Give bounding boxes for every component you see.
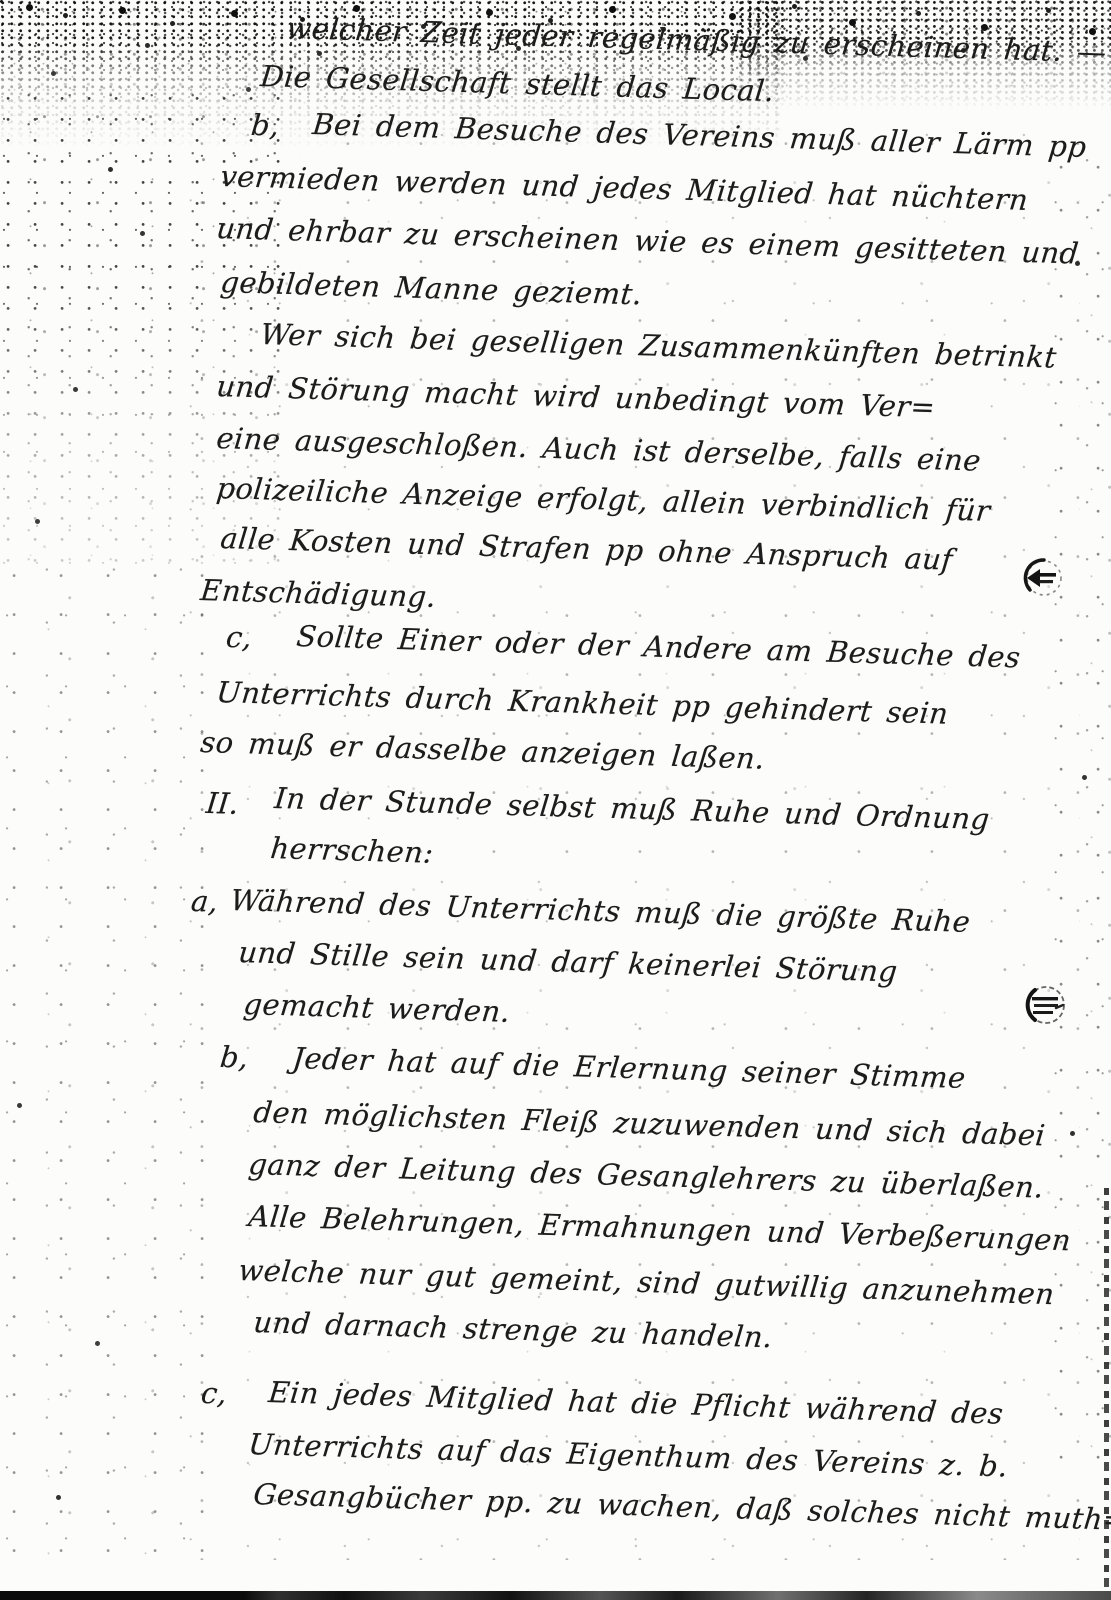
- section-marker-b2: b,: [219, 1040, 250, 1075]
- manuscript-line: Ein jedes Mitglied hat die Pflicht währe…: [267, 1378, 1005, 1429]
- manuscript-line: welche nur gut gemeint, sind gutwillig a…: [237, 1256, 1056, 1309]
- section-marker-c1: c,: [225, 620, 254, 655]
- manuscript-line: Jeder hat auf die Erlernung seiner Stimm…: [291, 1044, 967, 1093]
- section-marker-II: II.: [205, 786, 241, 821]
- manuscript-line: und Störung macht wird unbedingt vom Ver…: [215, 372, 937, 422]
- manuscript-line: Die Gesellschaft stellt das Local.: [259, 62, 776, 106]
- manuscript-line: ganz der Leitung des Gesanglehrers zu üb…: [247, 1150, 1045, 1203]
- manuscript-line: gemacht werden.: [242, 990, 512, 1027]
- manuscript-line: Gesangbücher pp. zu wachen, daß solches …: [252, 1480, 1111, 1535]
- scan-noise-right-margin: [1050, 150, 1111, 1470]
- manuscript-line: Bei dem Besuche des Vereins muß aller Lä…: [311, 110, 1088, 162]
- scan-bottom-band: [0, 1591, 1111, 1600]
- manuscript-line: herrschen:: [269, 834, 435, 868]
- manuscript-line: und ehrbar zu erscheinen wie es einem ge…: [215, 214, 1080, 269]
- manuscript-line: eine ausgeschloßen. Auch ist derselbe, f…: [215, 424, 982, 476]
- section-marker-b1: b,: [250, 108, 281, 143]
- margin-arrow-stamp-icon: [1020, 554, 1066, 606]
- manuscript-line: Wer sich bei geselligen Zusammenkünften …: [259, 320, 1058, 373]
- scan-ink-clumps: [0, 0, 3, 3]
- manuscript-line: Entschädigung.: [199, 576, 438, 612]
- manuscript-line: welcher Zeit jeder regelmäßig zu erschei…: [285, 14, 1108, 67]
- manuscript-line: vermieden werden und jedes Mitglied hat …: [219, 162, 1029, 215]
- manuscript-line: polizeiliche Anzeige erfolgt, allein ver…: [215, 474, 992, 526]
- manuscript-line: Unterrichts auf das Eigenthum des Verein…: [247, 1430, 1009, 1481]
- manuscript-line: so muß er dasselbe anzeigen laßen.: [199, 728, 766, 774]
- manuscript-line: Sollte Einer oder der Andere am Besuche …: [295, 622, 1022, 672]
- manuscript-line: den möglichsten Fleiß zuzuwenden und sic…: [252, 1098, 1046, 1150]
- manuscript-line: Während des Unterrichts muß die größte R…: [229, 886, 972, 937]
- manuscript-line: Unterrichts durch Krankheit pp gehindert…: [215, 678, 950, 729]
- manuscript-line: und Stille sein und darf keinerlei Störu…: [237, 938, 899, 986]
- manuscript-line: alle Kosten und Strafen pp ohne Anspruch…: [219, 524, 954, 575]
- scan-noise-left-margin: [0, 560, 210, 1560]
- section-marker-c2: c,: [200, 1376, 229, 1411]
- scanned-manuscript-page: b, c, II. a, b, c, welcher Zeit jeder re…: [0, 0, 1111, 1600]
- manuscript-line: und darnach strenge zu handeln.: [252, 1308, 774, 1352]
- section-marker-a: a,: [190, 884, 220, 919]
- manuscript-line: Alle Belehrungen, Ermahnungen und Verbeß…: [247, 1202, 1072, 1255]
- manuscript-line: In der Stunde selbst muß Ruhe und Ordnun…: [273, 784, 991, 834]
- manuscript-line: gebildeten Manne geziemt.: [219, 268, 644, 309]
- margin-circle-stamp-icon: [1022, 980, 1070, 1034]
